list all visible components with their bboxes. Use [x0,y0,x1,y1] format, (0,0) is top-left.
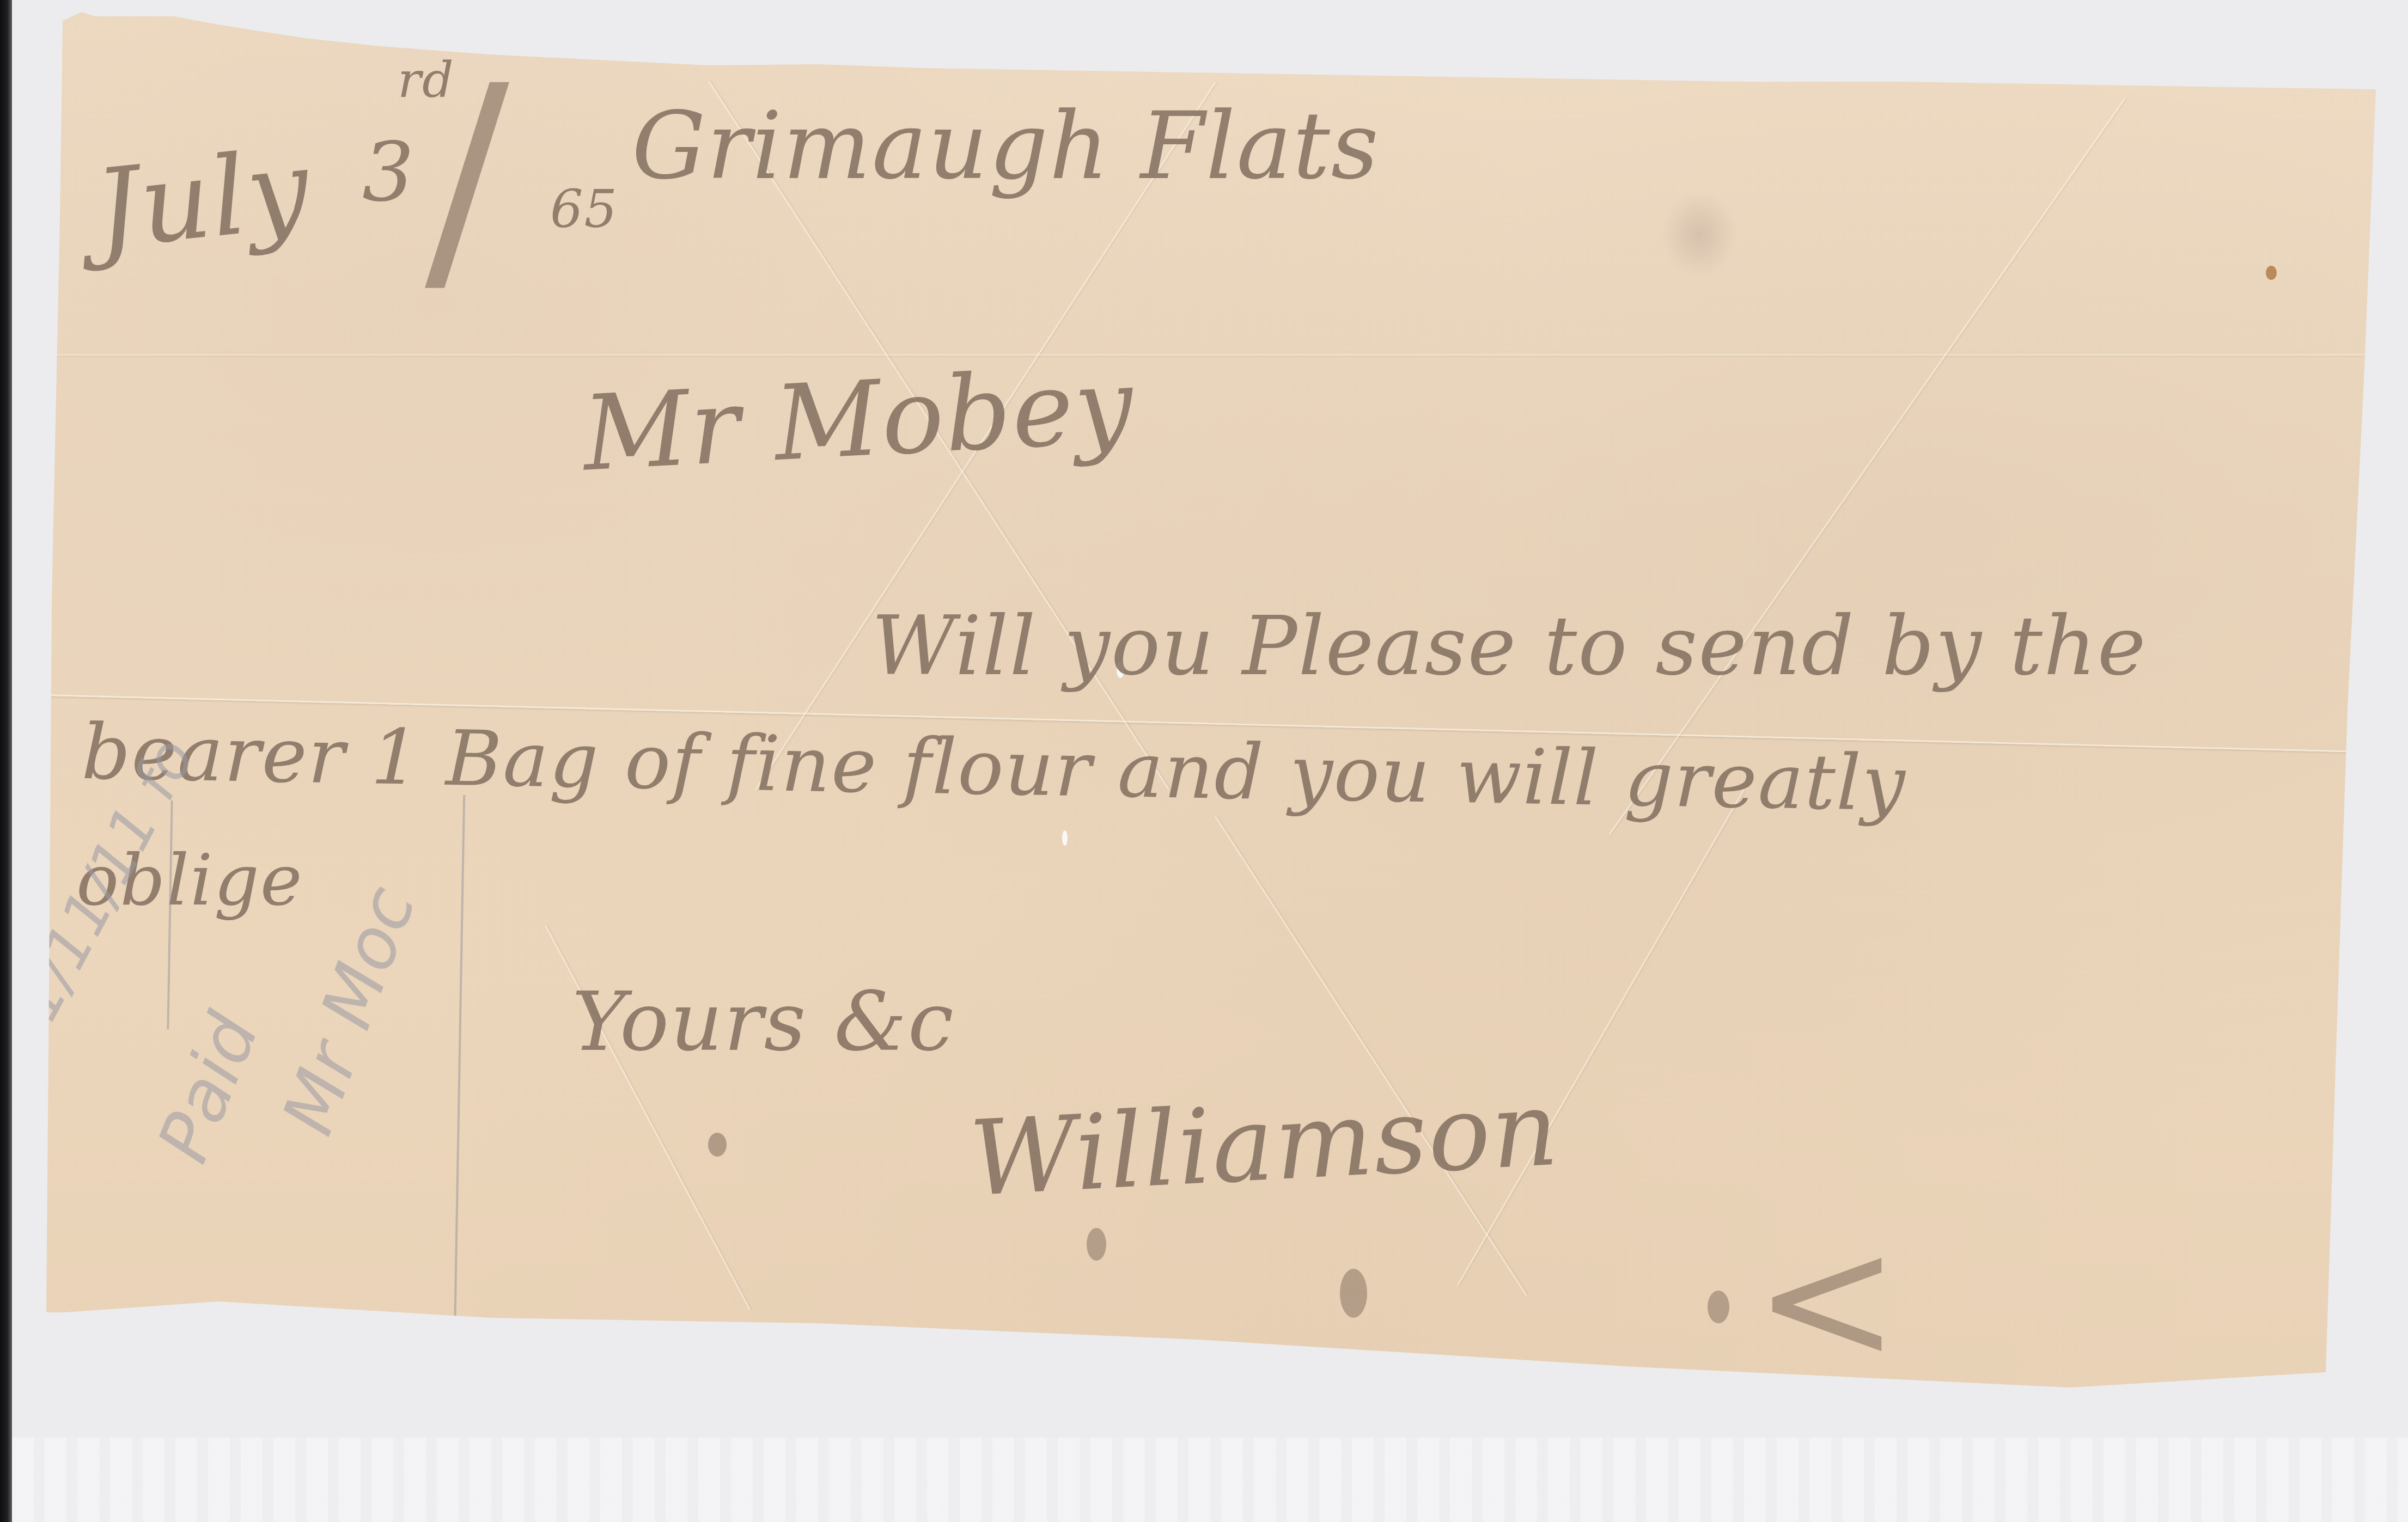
ink-blot [708,1133,727,1157]
body-line-1: Will you Please to send by the [871,599,2147,694]
fold-line-horizontal [44,354,2364,356]
valediction: Yours &c [572,975,955,1069]
protective-sleeve-edge [12,1438,2408,1522]
letter-paper: July 3 rd / 65 Grimaugh Flats Mr Mobey W… [0,0,2408,1522]
ink-blot [1708,1291,1729,1323]
date-separator: / [425,33,510,324]
date-day: 3 [362,125,415,220]
date-year: 65 [550,180,618,240]
pencil-note-column-2: Paid [142,1003,275,1173]
date-month: July [89,125,316,274]
ink-blot [1340,1269,1367,1318]
addressee: Mr Mobey [580,345,1137,494]
foxing-stain [2266,266,2277,280]
signature: Williamson [967,1068,1562,1219]
place-name: Grimaugh Flats [632,93,1380,200]
body-line-2: bearer 1 Bag of fine flour and you will … [81,708,1907,828]
fold-line-diagonal [1215,816,1527,1296]
fold-line-diagonal [1457,790,1745,1286]
scanner-edge [0,0,12,1522]
ink-blot [1661,191,1738,278]
ink-blot [1087,1228,1106,1261]
paper-hole [1062,830,1068,846]
signature-flourish: < [1754,1198,1901,1401]
